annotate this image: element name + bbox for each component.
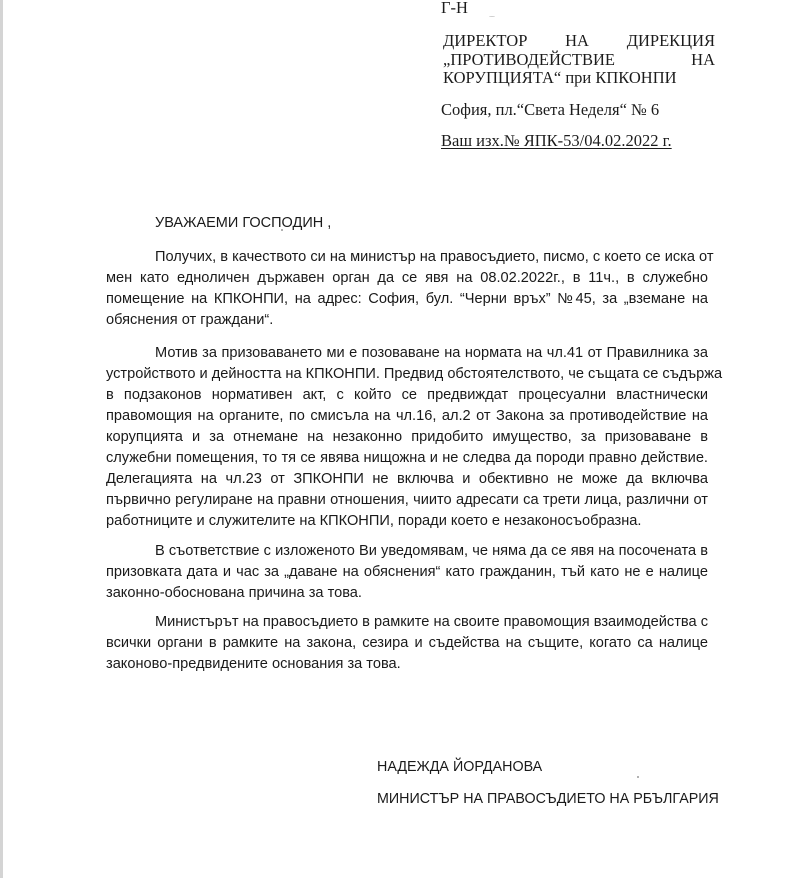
scan-speck [637, 776, 639, 778]
scan-speck [281, 229, 283, 231]
paragraph-line: всички органи в рамките на закона, сезир… [106, 633, 708, 654]
paragraph-line: в подзаконов нормативен акт, с който се … [106, 385, 708, 406]
paragraph-line: обяснения от граждани“. [106, 310, 708, 331]
body-paragraph: В съответствие с изложеното Ви уведомява… [106, 541, 708, 604]
signatory-name: НАДЕЖДА ЙОРДАНОВА [377, 759, 542, 775]
paragraph-line: работниците и служителите на КПКОНПИ, по… [106, 511, 708, 532]
recipient-line: КОРУПЦИЯТА“ при КПКОНПИ [443, 69, 715, 88]
recipient-address: София, пл.“Света Неделя“ № 6 [441, 100, 659, 120]
letter-page: Г-Н ДИРЕКТОР НА ДИРЕКЦИЯ „ПРОТИВОДЕЙСТВИ… [0, 0, 794, 878]
body-paragraph: Получих, в качеството си на министър на … [106, 247, 708, 331]
scan-speck [489, 16, 495, 17]
paragraph-line: законно-обоснована причина за това. [106, 583, 708, 604]
recipient-title: ДИРЕКТОР НА ДИРЕКЦИЯ „ПРОТИВОДЕЙСТВИЕ НА… [443, 32, 715, 88]
addressee-honorific: Г-Н [441, 0, 468, 18]
paragraph-line: Министърът на правосъдието в рамките на … [106, 612, 708, 633]
paragraph-line: устройството и дейността на КПКОНПИ. Пре… [106, 364, 708, 385]
paragraph-line: Мотив за призоваването ми е позоваване н… [106, 343, 708, 364]
paragraph-line: служебни помещения, то тя се явява нищож… [106, 448, 708, 469]
body-paragraph: Мотив за призоваването ми е позоваване н… [106, 343, 708, 532]
paragraph-line: първично регулиране на правни отношения,… [106, 490, 708, 511]
paragraph-line: правомощия на органите, по смисъла на чл… [106, 406, 708, 427]
paragraph-line: призовката дата и час за „даване на обяс… [106, 562, 708, 583]
body-paragraph: Министърът на правосъдието в рамките на … [106, 612, 708, 675]
paragraph-line: помещение на КПКОНПИ, на адрес: София, б… [106, 289, 708, 310]
paragraph-line: В съответствие с изложеното Ви уведомява… [106, 541, 708, 562]
reference-number: Ваш изх.№ ЯПК-53/04.02.2022 г. [441, 131, 672, 151]
signatory-title: МИНИСТЪР НА ПРАВОСЪДИЕТО НА РБЪЛГАРИЯ [377, 791, 719, 807]
paragraph-line: Делегацията на чл.23 от ЗПКОНПИ не включ… [106, 469, 708, 490]
paragraph-line: корупцията и за отнемане на незаконно пр… [106, 427, 708, 448]
salutation: УВАЖАЕМИ ГОСПОДИН , [155, 215, 331, 231]
recipient-line: „ПРОТИВОДЕЙСТВИЕ НА [443, 51, 715, 70]
recipient-line: ДИРЕКТОР НА ДИРЕКЦИЯ [443, 32, 715, 51]
paragraph-line: мен като едноличен държавен орган да се … [106, 268, 708, 289]
paragraph-line: законово-предвидените основания за това. [106, 654, 708, 675]
paragraph-line: Получих, в качеството си на министър на … [106, 247, 708, 268]
